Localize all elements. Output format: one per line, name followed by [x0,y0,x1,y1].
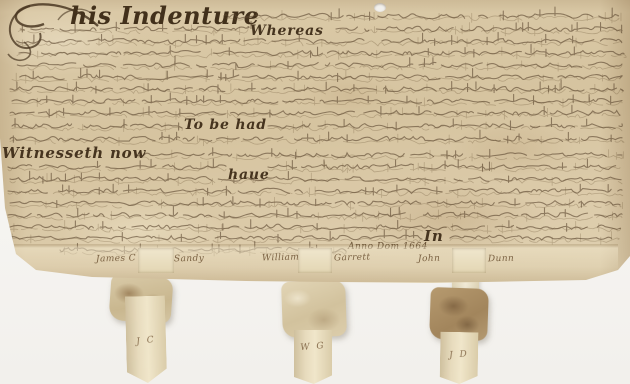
display-word-whereas: Whereas [250,23,324,39]
fold-plica: James C Sandy William Garrett John Dunn [14,244,618,282]
opening-words: his Indenture [70,1,260,30]
signature-fragment: John [418,254,440,265]
parchment-document: his Indenture Whereas To be had Witnesse… [0,0,630,284]
parchment-hole [374,3,386,12]
flourish-stroke [8,42,31,60]
seal-tag-right-strip: J D [440,332,479,384]
seal-tag-right-initials: J D [440,349,479,362]
photograph-of-indenture: J C W G J D his Indenture Whereas To be … [0,0,630,384]
seal-tag-slit [138,248,174,273]
signature-fragment: William [262,253,300,264]
seal-tag-middle-strip: W G [294,330,332,384]
display-word-witnesseth-now: Witnesseth now [2,144,146,162]
signature-fragment: Dunn [488,254,514,265]
signature-fragment: Sandy [174,254,204,265]
seal-tag-left-initials: J C [126,334,167,348]
seal-tag-slit [452,248,486,273]
display-word-haue: haue [228,167,270,183]
display-word-to-be-had: To be had [184,117,267,133]
seal-tag-middle-initials: W G [294,340,333,353]
seal-tag-slit [298,248,332,273]
seal-tag-left-strip: J C [125,295,167,383]
signature-fragment: Garrett [334,253,371,264]
seal-tag-middle-crumpled-parchment [281,280,347,338]
signature-fragment: James C [96,253,136,264]
